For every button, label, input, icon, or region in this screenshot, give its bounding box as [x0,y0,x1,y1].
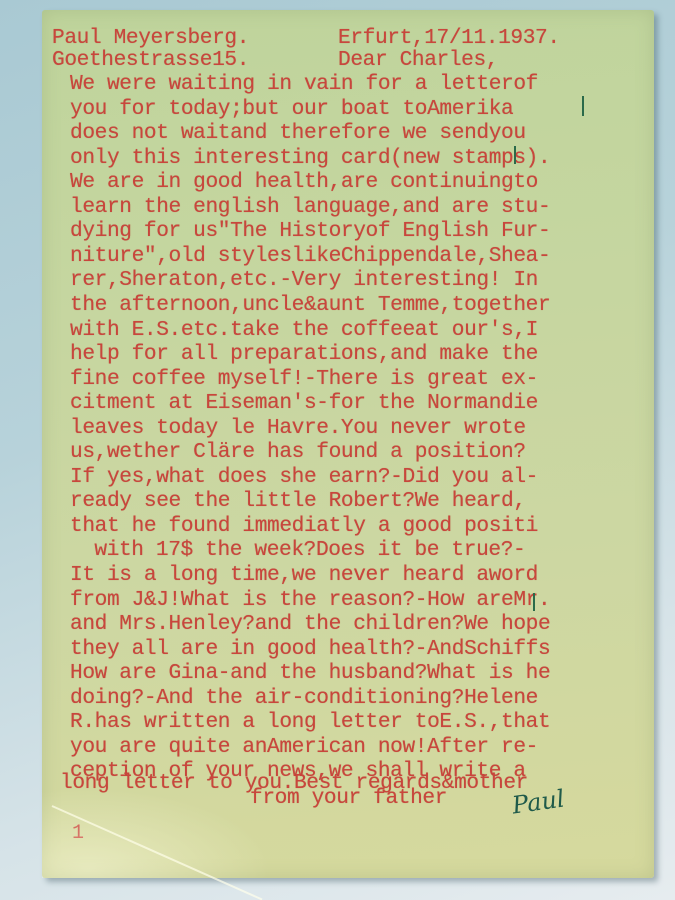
salutation: Dear Charles, [338,48,498,72]
letter-line: you for today;but our boat toAmerika [70,97,513,121]
letter-line: the afternoon,uncle&aunt Temme,together [70,293,550,317]
ink-correction-mark [514,146,516,164]
sender-address: Goethestrasse15. [52,48,249,72]
letter-line: help for all preparations,and make the [70,342,538,366]
ink-correction-mark [582,96,584,116]
letter-line: learn the english language,and are stu- [70,195,550,219]
closing: from your father [250,786,447,810]
letter-line: If yes,what does she earn?-Did you al- [70,465,538,489]
letter-line: that he found immediatly a good positi [70,514,538,538]
letter-line: us,wether Cläre has found a position? [70,440,526,464]
letter-line: leaves today le Havre.You never wrote [70,416,526,440]
letter-line: It is a long time,we never heard aword [70,563,538,587]
sender-name: Paul Meyersberg. [52,26,249,50]
letter-line: How are Gina-and the husband?What is he [70,661,550,685]
letter-line: citment at Eiseman's-for the Normandie [70,391,538,415]
ink-correction-mark [533,593,535,611]
letter-line: does not waitand therefore we sendyou [70,121,526,145]
letter-line: R.has written a long letter toE.S.,that [70,710,550,734]
letter-line: with 17$ the week?Does it be true?- [82,538,525,562]
letter-line: you are quite anAmerican now!After re- [70,735,538,759]
letter-line: niture",old styleslikeChippendale,Shea- [70,244,550,268]
postcard: Paul Meyersberg. Erfurt,17/11.1937. Goet… [42,10,654,878]
letter-line: fine coffee myself!-There is great ex- [70,367,538,391]
letter-line: We were waiting in vain for a letterof [70,72,538,96]
letter-line: from J&J!What is the reason?-How areMr. [70,588,550,612]
place-date: Erfurt,17/11.1937. [338,26,560,50]
letter-line: ready see the little Robert?We heard, [70,489,526,513]
letter-line: doing?-And the air-conditioning?Helene [70,686,538,710]
page-number: 1 [72,822,84,845]
typed-text: Paul Meyersberg. Erfurt,17/11.1937. Goet… [42,10,654,878]
letter-line: with E.S.etc.take the coffeeat our's,I [70,318,538,342]
letter-line: and Mrs.Henley?and the children?We hope [70,612,550,636]
letter-line: only this interesting card(new stamps). [70,146,550,170]
letter-line: rer,Sheraton,etc.-Very interesting! In [70,268,538,292]
letter-line: they all are in good health?-AndSchiffs [70,637,550,661]
letter-line: dying for us"The Historyof English Fur- [70,219,550,243]
letter-line: We are in good health,are continuingto [70,170,538,194]
